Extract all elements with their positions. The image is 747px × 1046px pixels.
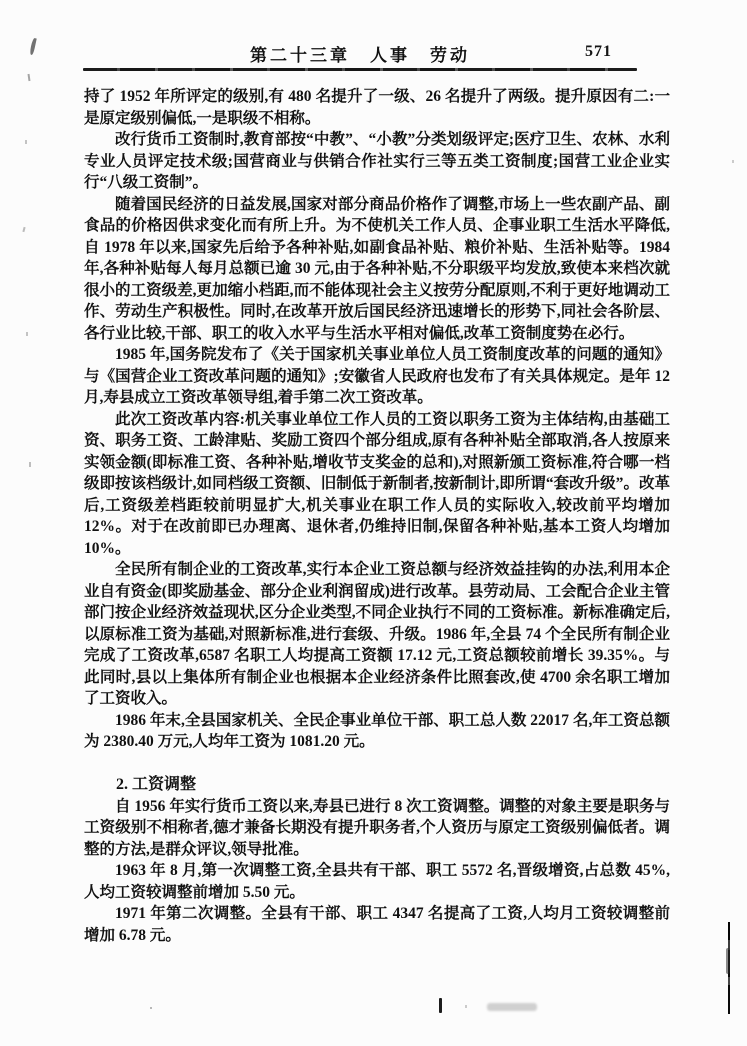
footer-scan-smudge — [487, 1003, 537, 1011]
body-text-column: 持了 1952 年所评定的级别,有 480 名提升了一级、26 名提升了两级。提… — [84, 86, 670, 946]
footer-scan-dot — [150, 1007, 152, 1009]
paragraph: 自 1956 年实行货币工资以来,寿县已进行 8 次工资调整。调整的对象主要是职… — [84, 796, 670, 861]
paragraph: 随着国民经济的日益发展,国家对部分商品价格作了调整,市场上一些农副产品、副食品的… — [84, 194, 670, 345]
paragraph: 1986 年末,全县国家机关、全民企事业单位干部、职工总人数 22017 名,年… — [84, 710, 670, 753]
scan-mark-left-margin — [28, 74, 31, 81]
scan-mark-left-margin — [26, 332, 28, 336]
scan-mark-left-margin — [29, 38, 36, 55]
scan-speck-right-margin — [732, 160, 734, 163]
paragraph: 此次工资改革内容:机关事业单位工作人员的工资以职务工资为主体结构,由基础工资、职… — [84, 409, 670, 560]
paragraph: 全民所有制企业的工资改革,实行本企业工资总额与经济效益挂钩的办法,利用本企业自有… — [84, 559, 670, 710]
page-edge-scan-blob — [726, 948, 730, 974]
footer-scan-dot — [465, 1005, 467, 1008]
scan-mark-left-margin — [22, 227, 25, 232]
header-rule — [83, 68, 637, 71]
paragraph: 1971 年第二次调整。全县有干部、职工 4347 名提高了工资,人均月工资较调… — [84, 903, 670, 946]
page-edge-scan-line — [728, 922, 730, 1014]
page-number: 571 — [585, 43, 612, 61]
paragraph: 1963 年 8 月,第一次调整工资,全县共有干部、职工 5572 名,晋级增资… — [84, 860, 670, 903]
scan-mark-left-margin — [25, 140, 27, 144]
scanned-book-page: 第二十三章 人事 劳动 571 持了 1952 年所评定的级别,有 480 名提… — [0, 0, 747, 1046]
paragraph: 1985 年,国务院发布了《关于国家机关事业单位人员工资制度改革的问题的通知》与… — [84, 344, 670, 409]
paragraph: 改行货币工资制时,教育部按“中教”、“小教”分类划级评定;医疗卫生、农林、水利专… — [84, 129, 670, 194]
scan-mark-left-margin — [29, 462, 31, 467]
chapter-title: 第二十三章 人事 劳动 — [83, 41, 637, 66]
paragraph-continued: 持了 1952 年所评定的级别,有 480 名提升了一级、26 名提升了两级。提… — [84, 86, 670, 129]
footer-scan-tick — [439, 998, 442, 1013]
section-heading: 2. 工资调整 — [84, 774, 670, 796]
